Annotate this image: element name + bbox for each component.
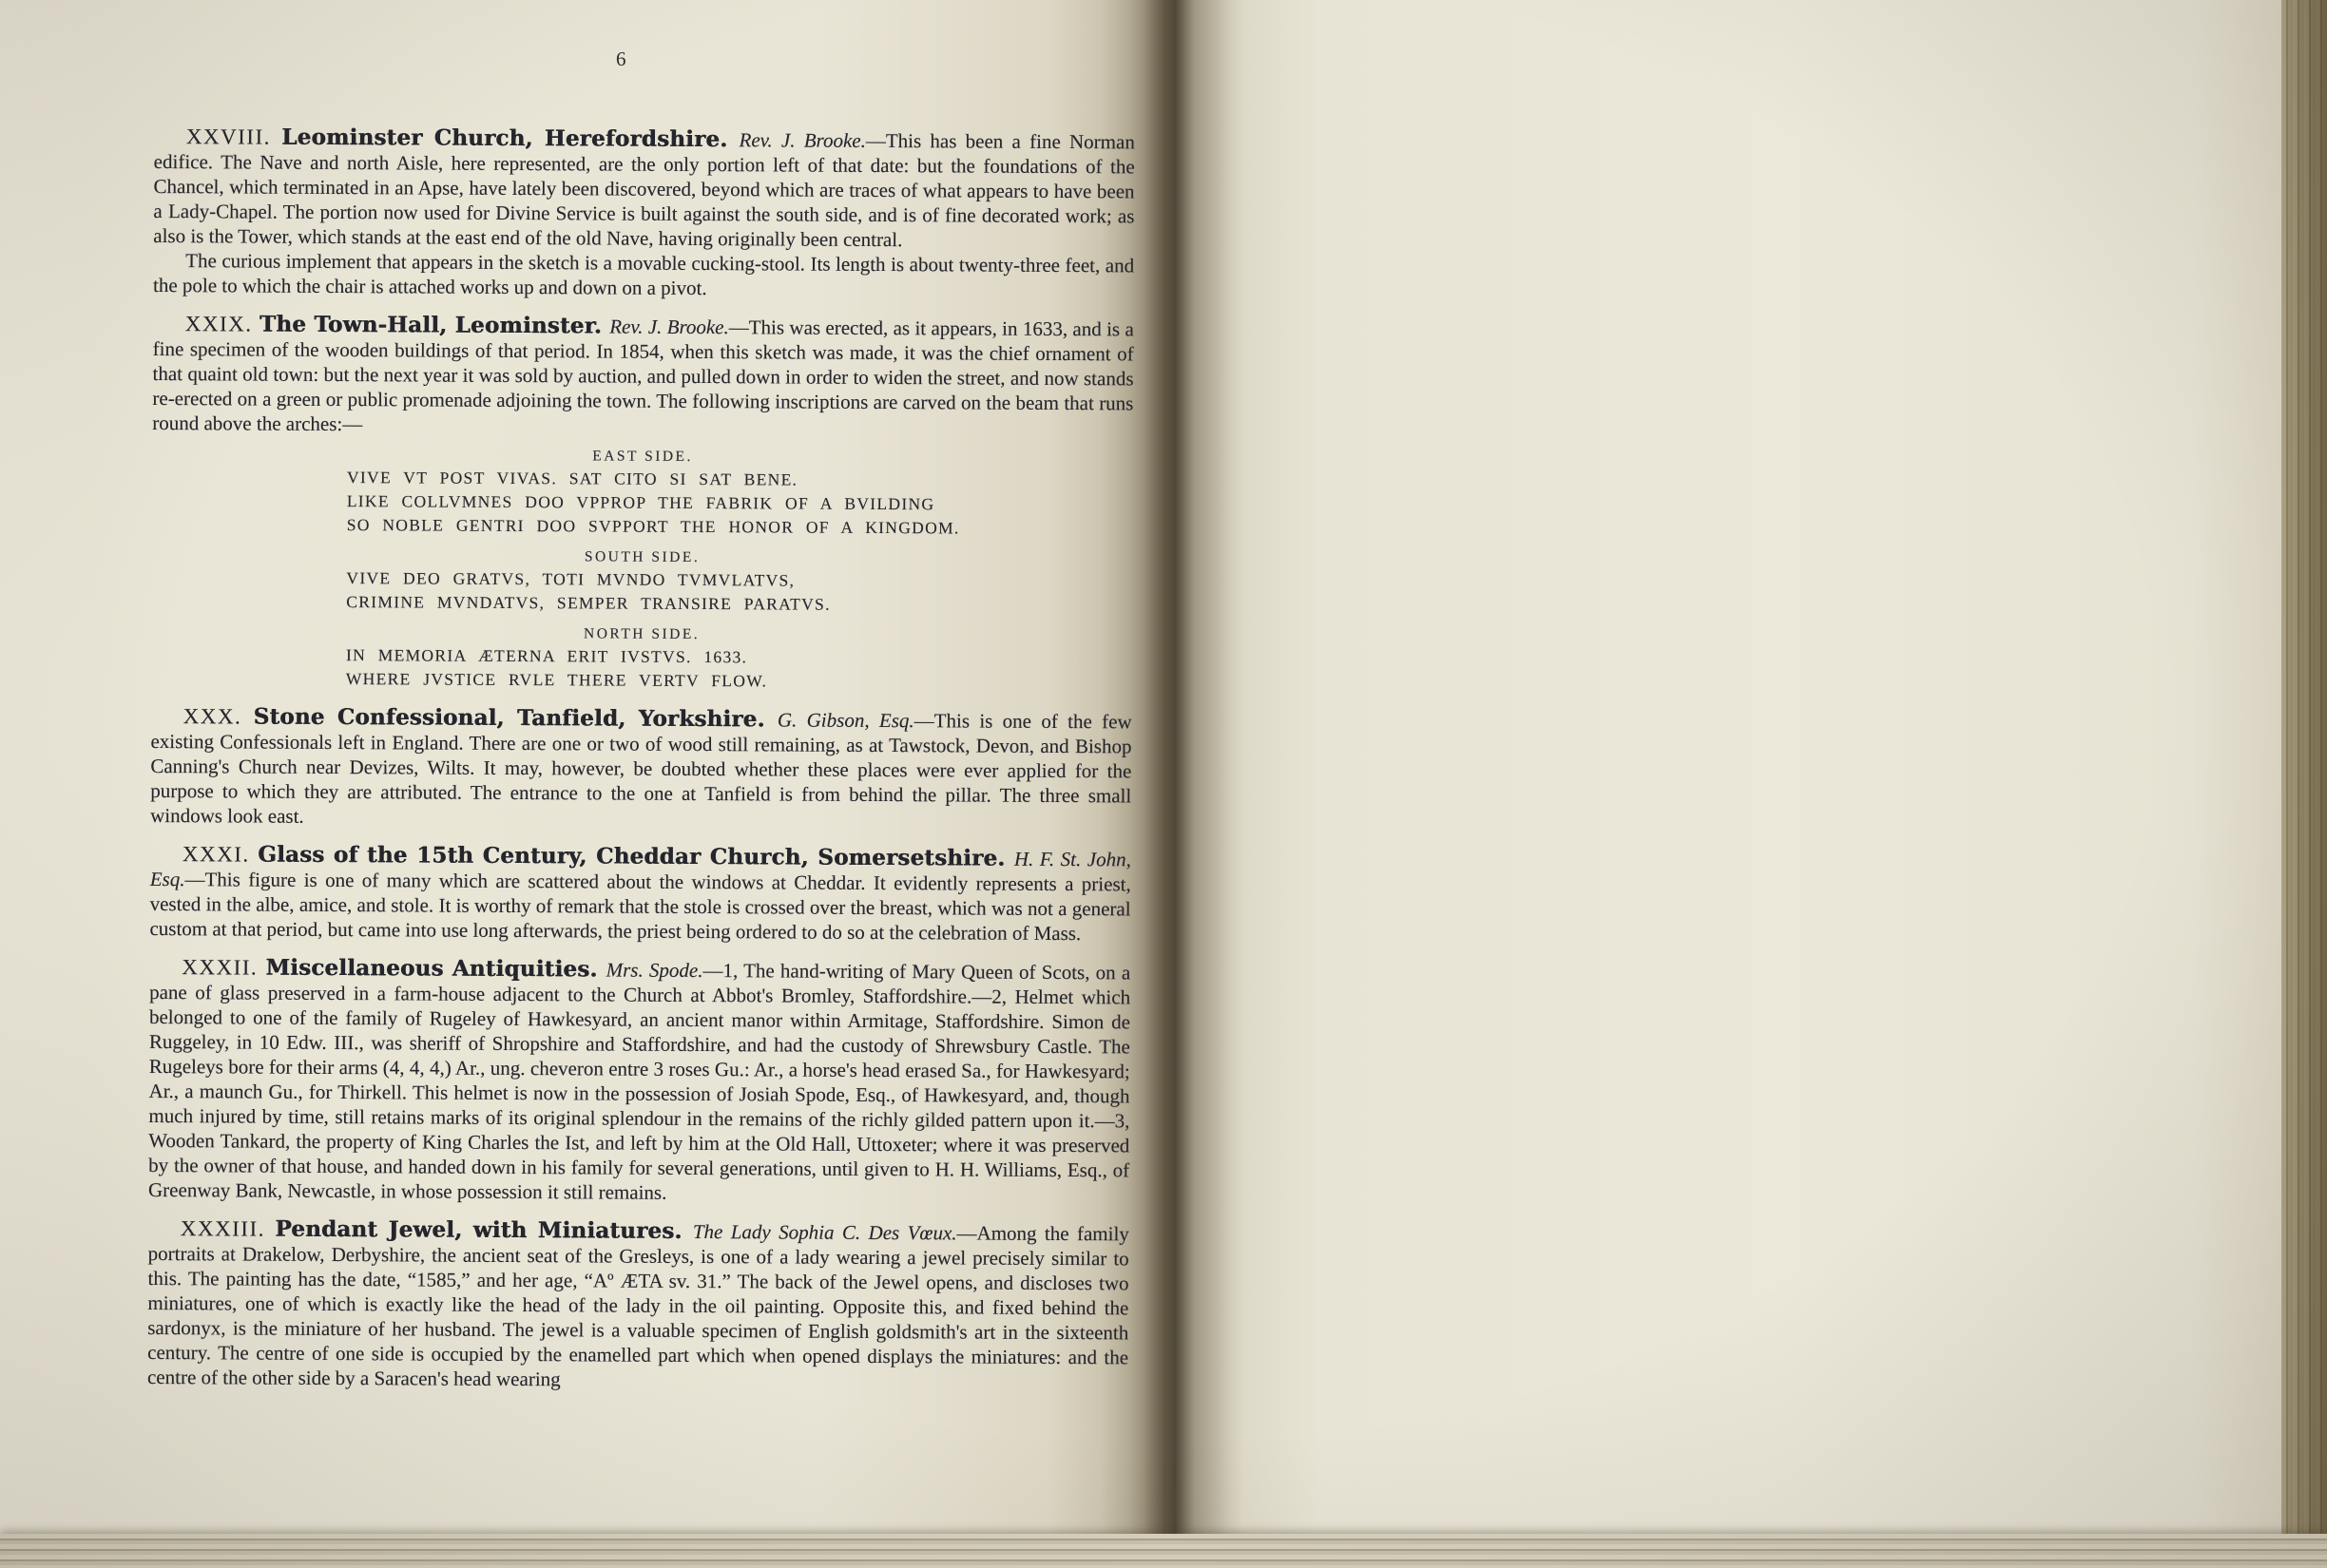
entry-xxviii: XXVIII. Leominster Church, Herefordshire…: [153, 124, 1135, 253]
entry-xxx: XXX. Stone Confessional, Tanfield, Yorks…: [150, 704, 1132, 832]
entry-numeral: XXXIII.: [181, 1216, 276, 1241]
inscription-side-heading: EAST SIDE.: [152, 444, 1133, 469]
entry-contributor: The Lady Sophia C. Des Vœux.: [693, 1220, 957, 1244]
page-edges-bottom: [0, 1534, 2327, 1568]
inscription-line: CRIMINE MVNDATVS, SEMPER TRANSIRE PARATV…: [346, 590, 1132, 618]
entry-numeral: XXXII.: [182, 955, 265, 979]
entry-numeral: XXIX.: [185, 312, 260, 335]
entry-numeral: XXVIII.: [186, 124, 281, 149]
inscription-side-heading: NORTH SIDE.: [151, 621, 1132, 647]
page-edges-right: [2281, 0, 2327, 1568]
entry-xxix: XXIX. The Town-Hall, Leominster. Rev. J.…: [152, 312, 1134, 440]
inscriptions-block: EAST SIDE.VIVE VT POST VIVAS. SAT CITO S…: [151, 444, 1133, 695]
entry-xxxii: XXXII. Miscellaneous Antiquities. Mrs. S…: [148, 955, 1130, 1207]
entry-contributor: Mrs. Spode.: [606, 959, 703, 983]
entry-contributor: Rev. J. Brooke.: [609, 316, 729, 339]
entry-title: Pendant Jewel, with Miniatures.: [275, 1216, 693, 1244]
page-left: 6 XXVIII. Leominster Church, Herefordshi…: [0, 0, 1163, 1568]
entry-numeral: XXXI.: [183, 842, 258, 866]
entry-title: Miscellaneous Antiquities.: [265, 955, 606, 983]
page-right: 7 a turban, cut on a sardonyx. The bands…: [1163, 0, 2281, 1568]
book-spread: 6 XXVIII. Leominster Church, Herefordshi…: [0, 0, 2327, 1568]
page-number-left: 6: [616, 48, 627, 71]
page-left-text-column: XXVIII. Leominster Church, Herefordshire…: [147, 110, 1135, 1394]
entry-xxviii-paragraph: The curious implement that appears in th…: [153, 248, 1134, 302]
entry-contributor: Rev. J. Brooke.: [739, 128, 865, 152]
inscription-line: SO NOBLE GENTRI DOO SVPPORT THE HONOR OF…: [347, 513, 1133, 541]
entry-xxxi: XXXI. Glass of the 15th Century, Cheddar…: [149, 842, 1131, 946]
entry-title: Glass of the 15th Century, Cheddar Churc…: [258, 842, 1014, 871]
inscription-side-heading: SOUTH SIDE.: [151, 545, 1132, 570]
entry-contributor: G. Gibson, Esq.: [778, 708, 914, 732]
entry-title: Leominster Church, Herefordshire.: [281, 124, 740, 153]
entry-xxxiii: XXXIII. Pendant Jewel, with Miniatures. …: [147, 1216, 1129, 1394]
entry-numeral: XXX.: [183, 704, 254, 728]
entry-title: The Town-Hall, Leominster.: [260, 312, 609, 339]
entry-title: Stone Confessional, Tanfield, Yorkshire.: [254, 704, 778, 733]
inscription-line: WHERE JVSTICE RVLE THERE VERTV FLOW.: [346, 667, 1132, 695]
